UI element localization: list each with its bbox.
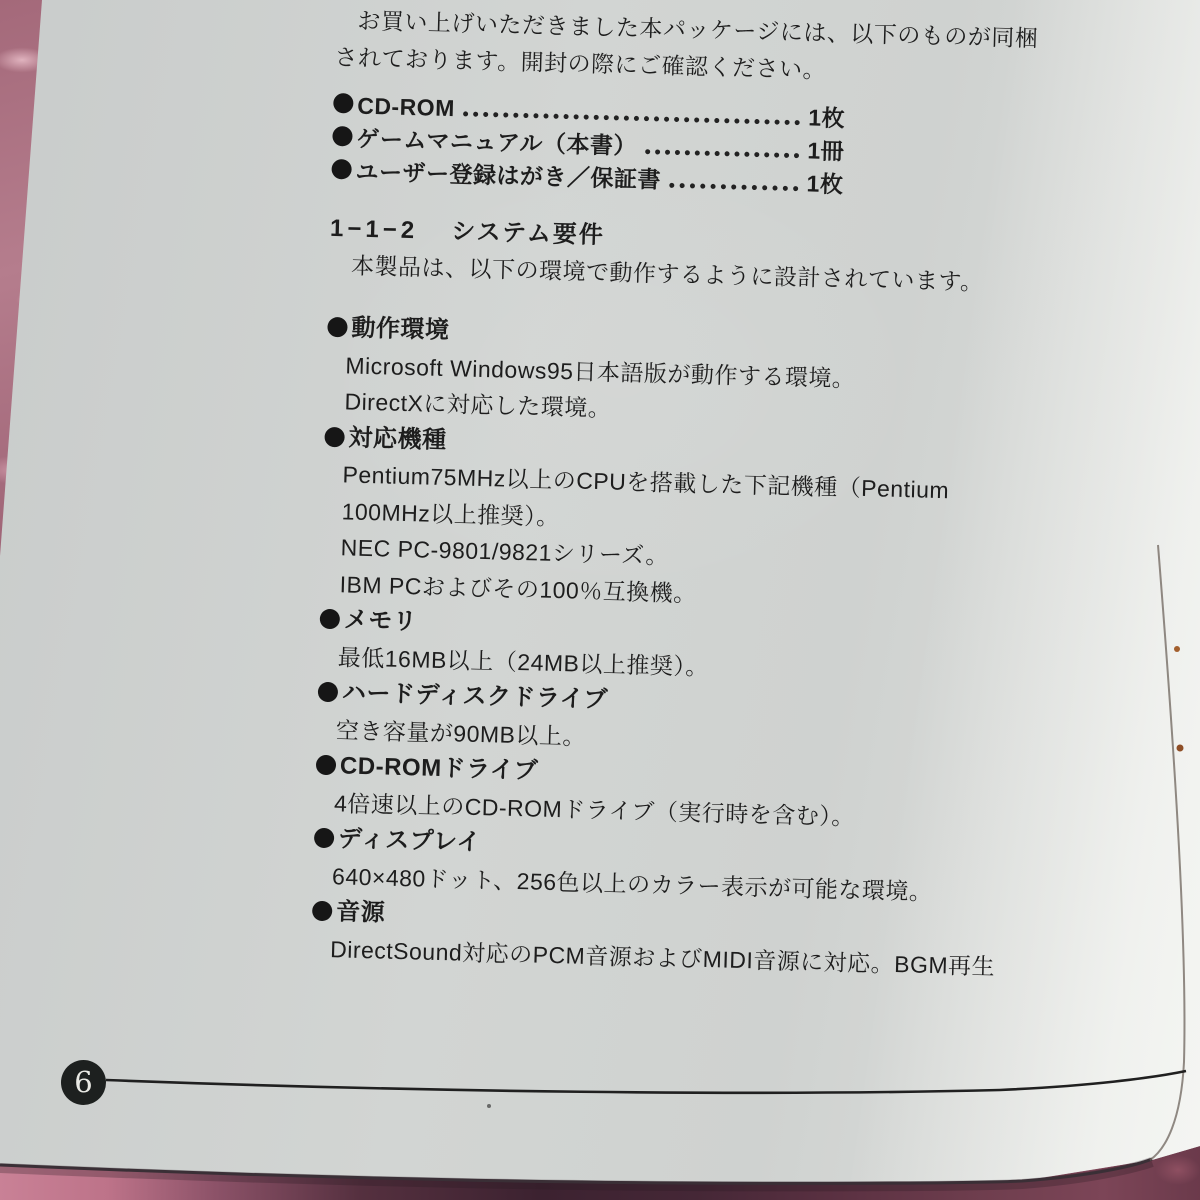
page-number-badge: 6 [61,1060,106,1105]
paper-speck [487,1104,491,1108]
paper-right-edge-line [1150,545,1184,1160]
bullet-icon [316,755,337,776]
dot-leader [645,149,800,158]
requirement-label: CD-ROMドライブ [340,752,539,784]
requirement-label: メモリ [343,606,417,635]
package-item-value: 1冊 [807,134,845,168]
bullet-icon [320,609,341,630]
section-number: 1−1−2 [330,215,419,244]
requirement-label: 動作環境 [351,315,450,345]
bullet-icon [332,126,353,147]
dot-leader [463,111,801,125]
package-item-value: 1枚 [806,167,844,201]
page-text-block: お買い上げいただきました本パッケージには、以下のものが同梱 されております。開封… [311,2,1036,985]
bullet-icon [331,159,352,180]
package-item-label: ユーザー登録はがき／保証書 [355,156,661,197]
package-contents-list: CD-ROM 1枚 ゲームマニュアル（本書） 1冊 ユーザー登録はがき／保証書 … [331,89,845,201]
requirement-label: 対応機種 [348,424,447,454]
requirement-label: ハードディスクドライブ [342,679,609,713]
requirement-label: ディスプレイ [338,825,482,856]
bullet-icon [312,901,333,922]
rust-speck [1177,745,1184,752]
requirement-section: 対応機種 Pentium75MHz以上のCPUを搭載した下記機種（Pentium… [320,419,1025,620]
page-number: 6 [74,1065,92,1099]
bullet-icon [318,682,339,703]
package-item-value: 1枚 [808,101,846,135]
manual-page-photo: お買い上げいただきました本パッケージには、以下のものが同梱 されております。開封… [0,0,1200,1200]
rust-speck [1174,646,1180,652]
requirement-label: 音源 [336,898,386,926]
bullet-icon [327,317,348,338]
footer-rule [106,1071,1186,1093]
dot-leader [669,183,799,191]
section-title: システム要件 [451,218,605,249]
package-item-label: CD-ROM [357,90,455,126]
bullet-icon [324,426,345,447]
bullet-icon [314,828,335,849]
requirements-list: 動作環境 Microsoft Windows95日本語版が動作する環境。 Dir… [311,310,1028,985]
requirement-section: 動作環境 Microsoft Windows95日本語版が動作する環境。 Dir… [325,310,1028,438]
bullet-icon [333,93,354,114]
